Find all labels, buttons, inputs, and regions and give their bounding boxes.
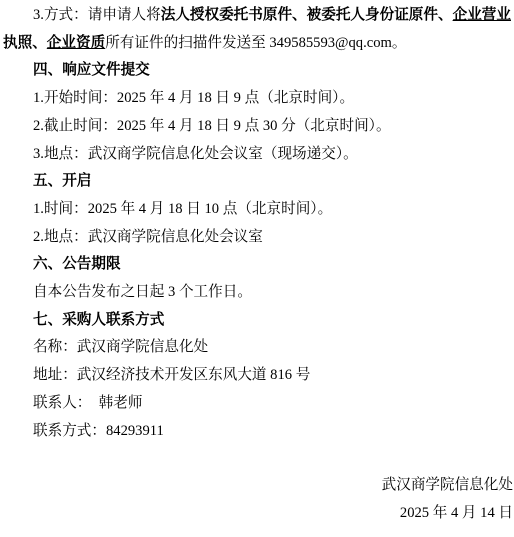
blank-line bbox=[3, 445, 513, 472]
signature-org: 武汉商学院信息化处 bbox=[3, 472, 513, 500]
section-heading-response-submission: 四、响应文件提交 bbox=[3, 57, 513, 85]
list-item-opening-location: 2.地点：武汉商学院信息化处会议室 bbox=[3, 224, 513, 252]
para-method-rest: 所有证件的扫描件发送至 bbox=[105, 35, 269, 51]
email-address: 349585593@qq.com bbox=[269, 35, 391, 51]
contact-address: 地址：武汉经济技术开发区东风大道 816 号 bbox=[3, 362, 513, 390]
section-heading-purchaser-contact: 七、采购人联系方式 bbox=[3, 307, 513, 335]
para-submission-method: 3.方式：请申请人将法人授权委托书原件、被委托人身份证原件、企业营业执照、企业资… bbox=[3, 2, 513, 57]
list-item-response-deadline: 2.截止时间：2025 年 4 月 18 日 9 点 30 分（北京时间）。 bbox=[3, 113, 513, 141]
section-heading-opening: 五、开启 bbox=[3, 168, 513, 196]
para-method-period: 。 bbox=[392, 35, 407, 51]
document-page: 3.方式：请申请人将法人授权委托书原件、被委托人身份证原件、企业营业执照、企业资… bbox=[0, 0, 514, 537]
signature-date: 2025 年 4 月 14 日 bbox=[3, 500, 513, 528]
contact-person: 联系人： 韩老师 bbox=[3, 390, 513, 418]
contact-phone: 联系方式：84293911 bbox=[3, 418, 513, 446]
para-method-prefix: 3.方式：请申请人将 bbox=[33, 7, 161, 23]
section-heading-notice-period: 六、公告期限 bbox=[3, 251, 513, 279]
list-item-opening-time: 1.时间：2025 年 4 月 18 日 10 点（北京时间）。 bbox=[3, 196, 513, 224]
list-item-response-location: 3.地点：武汉商学院信息化处会议室（现场递交）。 bbox=[3, 141, 513, 169]
para-method-underline-1: 企业营业 bbox=[453, 7, 511, 23]
list-item-response-start-time: 1.开始时间：2025 年 4 月 18 日 9 点（北京时间）。 bbox=[3, 85, 513, 113]
para-method-underline-2: 企业资质 bbox=[47, 35, 105, 51]
para-method-bold-docs: 法人授权委托书原件、被委托人身份证原件、 bbox=[161, 7, 453, 23]
contact-name: 名称：武汉商学院信息化处 bbox=[3, 334, 513, 362]
para-notice-period-body: 自本公告发布之日起 3 个工作日。 bbox=[3, 279, 513, 307]
para-method-bold-mid: 执照、 bbox=[3, 35, 47, 51]
